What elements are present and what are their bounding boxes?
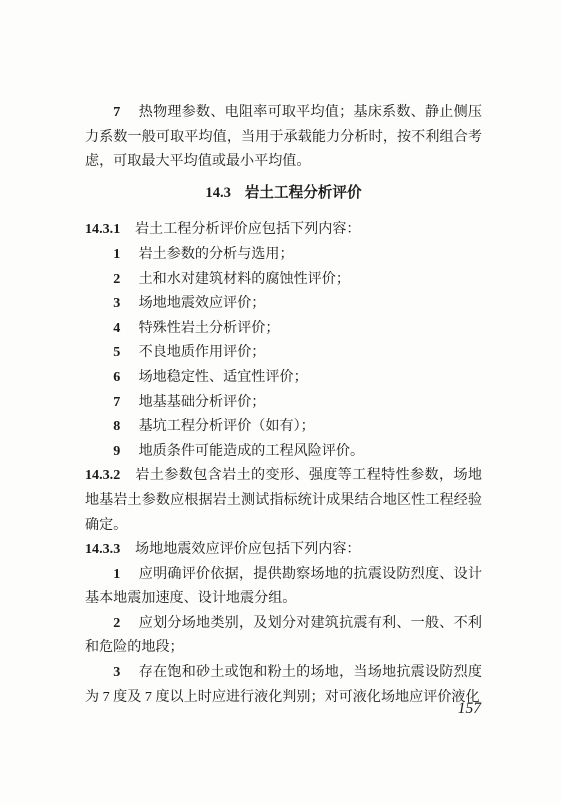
list-item-6-number: 6 (113, 369, 120, 385)
list-item-1-number: 1 (113, 246, 120, 262)
list-item-7: 7地基基础分析评价； (85, 390, 482, 415)
list-item-1-text: 岩土参数的分析与选用； (139, 246, 294, 262)
list-item-6: 6场地稳定性、适宜性评价； (85, 365, 482, 390)
seismic-item-3-number: 3 (113, 664, 120, 680)
document-page: 7热物理参数、电阻率可取平均值；基床系数、静止侧压力系数一般可取平均值，当用于承… (0, 0, 561, 804)
list-item-9: 9地质条件可能造成的工程风险评价。 (85, 439, 482, 464)
seismic-item-1: 1应明确评价依据，提供勘察场地的抗震设防烈度、设计基本地震加速度、设计地震分组。 (85, 562, 482, 611)
list-item-5-number: 5 (113, 344, 120, 360)
clause-7-text: 热物理参数、电阻率可取平均值；基床系数、静止侧压力系数一般可取平均值，当用于承载… (85, 104, 482, 169)
list-item-3-text: 场地地震效应评价； (139, 295, 266, 311)
list-item-5: 5不良地质作用评价； (85, 340, 482, 365)
seismic-item-2: 2应划分场地类别，及划分对建筑抗震有利、一般、不利和危险的地段； (85, 611, 482, 660)
clause-14-3-2-number: 14.3.2 (85, 467, 120, 483)
seismic-item-2-text: 应划分场地类别，及划分对建筑抗震有利、一般、不利和危险的地段； (85, 615, 482, 656)
list-item-9-text: 地质条件可能造成的工程风险评价。 (139, 443, 365, 459)
section-heading-number: 14.3 (205, 185, 231, 201)
list-item-7-text: 地基基础分析评价； (139, 394, 266, 410)
list-item-4-text: 特殊性岩土分析评价； (139, 320, 280, 336)
clause-14-3-1-number: 14.3.1 (85, 221, 120, 237)
list-item-5-text: 不良地质作用评价； (139, 344, 266, 360)
list-item-3: 3场地地震效应评价； (85, 291, 482, 316)
list-item-2-text: 土和水对建筑材料的腐蚀性评价； (139, 271, 350, 287)
list-item-2-number: 2 (113, 271, 120, 287)
clause-14-3-1: 14.3.1岩土工程分析评价应包括下列内容： (85, 217, 482, 242)
list-item-4: 4特殊性岩土分析评价； (85, 316, 482, 341)
list-item-6-text: 场地稳定性、适宜性评价； (139, 369, 308, 385)
seismic-item-1-text: 应明确评价依据，提供勘察场地的抗震设防烈度、设计基本地震加速度、设计地震分组。 (85, 566, 482, 607)
clause-14-3-3-number: 14.3.3 (85, 541, 120, 557)
clause-14-3-2: 14.3.2岩土参数包含岩土的变形、强度等工程特性参数，场地地基岩土参数应根据岩… (85, 463, 482, 537)
list-item-2: 2土和水对建筑材料的腐蚀性评价； (85, 267, 482, 292)
clause-14-3-2-text: 岩土参数包含岩土的变形、强度等工程特性参数，场地地基岩土参数应根据岩土测试指标统… (85, 467, 482, 532)
list-item-7-number: 7 (113, 394, 120, 410)
list-item-4-number: 4 (113, 320, 120, 336)
section-heading: 14.3岩土工程分析评价 (85, 181, 482, 206)
list-item-8: 8基坑工程分析评价（如有）； (85, 414, 482, 439)
list-item-1: 1岩土参数的分析与选用； (85, 242, 482, 267)
clause-14-3-3: 14.3.3场地地震效应评价应包括下列内容： (85, 537, 482, 562)
seismic-item-1-number: 1 (113, 566, 120, 582)
list-item-8-text: 基坑工程分析评价（如有）； (139, 418, 315, 434)
section-heading-title: 岩土工程分析评价 (245, 185, 362, 201)
seismic-item-2-number: 2 (113, 615, 120, 631)
page-number: 157 (458, 700, 481, 718)
clause-14-3-3-text: 场地地震效应评价应包括下列内容： (135, 541, 361, 557)
list-item-8-number: 8 (113, 418, 120, 434)
seismic-item-3: 3存在饱和砂土或饱和粉土的场地，当场地抗震设防烈度为 7 度及 7 度以上时应进… (85, 660, 482, 709)
page-content: 7热物理参数、电阻率可取平均值；基床系数、静止侧压力系数一般可取平均值，当用于承… (85, 100, 482, 709)
clause-7-paragraph: 7热物理参数、电阻率可取平均值；基床系数、静止侧压力系数一般可取平均值，当用于承… (85, 100, 482, 174)
list-item-3-number: 3 (113, 295, 120, 311)
list-item-9-number: 9 (113, 443, 120, 459)
clause-14-3-1-text: 岩土工程分析评价应包括下列内容： (135, 221, 361, 237)
clause-7-number: 7 (113, 104, 120, 120)
seismic-item-3-text: 存在饱和砂土或饱和粉土的场地，当场地抗震设防烈度为 7 度及 7 度以上时应进行… (85, 664, 482, 705)
